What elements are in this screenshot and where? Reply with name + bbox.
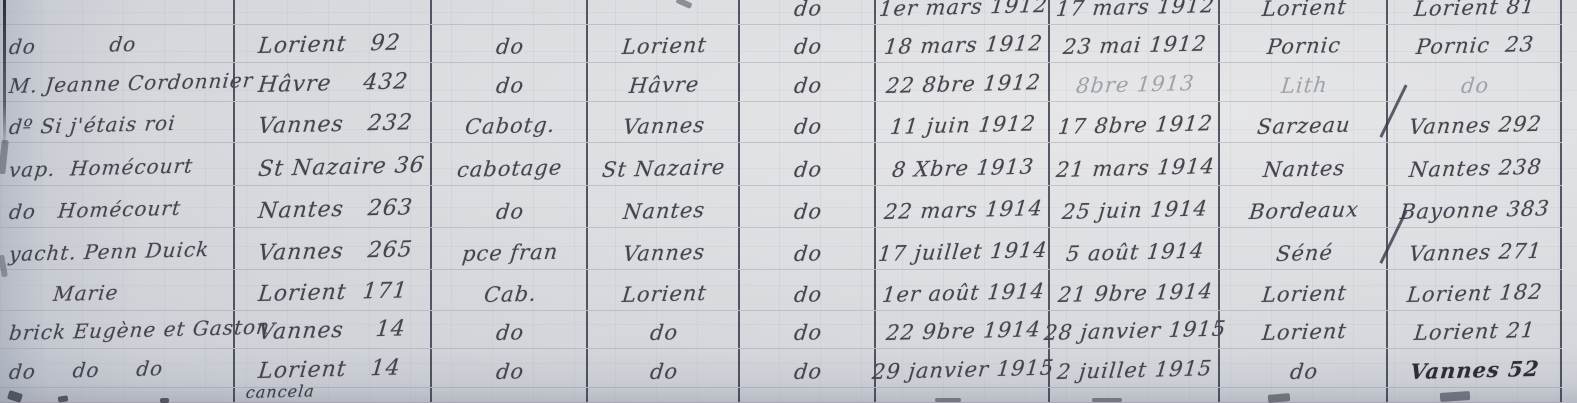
cell-handwritten-text: 5 août 1914: [1065, 239, 1206, 266]
cell-handwritten-text: M. Jeanne Cordonnier: [8, 68, 255, 98]
table-cell: Séné: [1220, 228, 1388, 269]
table-cell: do: [432, 25, 588, 62]
table-cell: Lorient 21: [1388, 311, 1562, 348]
cell-handwritten-text: Lorient 171: [257, 278, 409, 307]
cell-handwritten-text: do: [793, 34, 823, 59]
table-row: do doLorient 92doLorientdo18 mars 191223…: [0, 25, 1562, 63]
cell-handwritten-text: do: [793, 241, 823, 266]
table-cell: do do: [0, 25, 235, 62]
cell-handwritten-text: 8bre 1913: [1075, 71, 1196, 98]
cell-handwritten-text: Lorient: [621, 33, 708, 59]
table-cell: do: [740, 270, 876, 310]
table-cell: vap. Homécourt: [0, 143, 235, 185]
table-row: brick Eugène et GastonVannes 14dododo22 …: [0, 311, 1562, 349]
table-cell: do: [740, 349, 876, 387]
cell-handwritten-text: Sarzeau: [1256, 113, 1352, 139]
cell-handwritten-text: Pornic: [1266, 33, 1342, 59]
cell-handwritten-text: 17 8bre 1912: [1057, 111, 1214, 139]
table-cell: do: [588, 349, 740, 387]
table-cell: 18 mars 1912: [876, 25, 1050, 62]
table-cell: do: [432, 186, 588, 227]
table-cell: [1050, 388, 1220, 402]
cell-handwritten-text: Bayonne 383: [1399, 196, 1551, 224]
cell-handwritten-text: Nantes 238: [1408, 155, 1543, 182]
cell-handwritten-text: Lith: [1280, 73, 1329, 98]
scanned-register-page: do1er mars 191217 mars 1912LorientLorien…: [0, 0, 1577, 403]
cell-handwritten-text: do: [649, 359, 679, 384]
table-cell: 17 8bre 1912: [1050, 102, 1220, 142]
cell-handwritten-text: Vannes 232: [257, 110, 414, 139]
cell-handwritten-text: Bordeaux: [1248, 197, 1360, 224]
cell-handwritten-text: Lorient 21: [1413, 318, 1536, 345]
ink-smudge: [160, 398, 169, 403]
table-cell: Sarzeau: [1220, 102, 1388, 142]
table-cell: Bayonne 383: [1388, 186, 1562, 227]
table-cell: Hâvre 432: [235, 63, 432, 101]
table-cell: do: [740, 102, 876, 142]
table-cell: 2 juillet 1915: [1050, 349, 1220, 387]
cell-handwritten-text: Vannes 52: [1409, 356, 1541, 384]
table-cell: [588, 388, 740, 402]
table-cell: Nantes: [588, 186, 740, 227]
ink-smudge: [1092, 398, 1122, 402]
table-cell: Lorient: [1220, 311, 1388, 348]
cell-handwritten-text: Vannes 271: [1408, 239, 1543, 266]
table-row: [0, 388, 1562, 403]
table-cell: Lorient 92: [235, 25, 432, 62]
cell-handwritten-text: yacht. Penn Duick: [8, 237, 211, 266]
table-cell: Pornic 23: [1388, 25, 1562, 62]
cell-handwritten-text: Vannes 14: [257, 316, 407, 345]
cell-handwritten-text: 17 mars 1912: [1055, 0, 1216, 21]
table-cell: Lorient 81: [1388, 0, 1562, 24]
table-cell: Nantes 238: [1388, 143, 1562, 185]
cell-handwritten-text: Vannes 292: [1408, 112, 1543, 139]
cell-handwritten-text: Hâvre 432: [257, 69, 410, 98]
table-row: do HomécourtNantes 263doNantesdo22 mars …: [0, 186, 1562, 228]
table-cell: [432, 388, 588, 402]
cell-handwritten-text: do: [793, 73, 823, 98]
table-cell: cabotage: [432, 143, 588, 185]
table-cell: Lorient: [1220, 270, 1388, 310]
table-cell: 11 juin 1912: [876, 102, 1050, 142]
cell-handwritten-text: Lorient 92: [257, 30, 402, 59]
table-cell: Vannes 232: [235, 102, 432, 142]
cell-handwritten-text: do: [793, 0, 823, 21]
table-cell: do: [740, 63, 876, 101]
cell-handwritten-text: Lorient: [1261, 281, 1348, 307]
cell-handwritten-text: do: [495, 359, 525, 384]
table-cell: do: [432, 63, 588, 101]
table-cell: dº Si j'étais roi: [0, 102, 235, 142]
table-cell: 25 juin 1914: [1050, 186, 1220, 227]
table-cell: pce fran: [432, 228, 588, 269]
cell-handwritten-text: 23 mai 1912: [1062, 31, 1208, 59]
cell-handwritten-text: pce fran: [461, 240, 560, 266]
table-row: do1er mars 191217 mars 1912LorientLorien…: [0, 0, 1562, 25]
table-cell: Lorient: [588, 25, 740, 62]
cell-handwritten-text: Lorient 14: [257, 355, 402, 384]
cell-handwritten-text: do: [495, 73, 525, 98]
cell-handwritten-text: 1er août 1914: [881, 279, 1046, 307]
table-cell: Lorient 171: [235, 270, 432, 310]
cell-handwritten-text: 28 janvier 1915: [1043, 316, 1227, 345]
table-cell: do do do: [0, 349, 235, 387]
table-cell: Bordeaux: [1220, 186, 1388, 227]
table-cell: St Nazaire 36: [235, 143, 432, 185]
table-cell: 8 Xbre 1913: [876, 143, 1050, 185]
cell-handwritten-text: 18 mars 1912: [883, 31, 1044, 59]
table-cell: [588, 0, 740, 24]
cell-handwritten-text: Vannes: [622, 240, 706, 266]
table-cell: Cab.: [432, 270, 588, 310]
cell-handwritten-text: 1er mars 1912: [878, 0, 1049, 21]
cell-handwritten-text: 22 mars 1914: [883, 196, 1044, 224]
cell-annotation-text: cancela: [245, 381, 316, 402]
cell-handwritten-text: 2 juillet 1915: [1056, 356, 1214, 384]
cell-handwritten-text: do do: [8, 32, 138, 59]
table-cell: [235, 0, 432, 24]
table-cell: 21 mars 1914: [1050, 143, 1220, 185]
table-cell: [1388, 388, 1562, 402]
table-row: vap. HomécourtSt Nazaire 36cabotageSt Na…: [0, 143, 1562, 186]
cell-handwritten-text: 25 juin 1914: [1061, 196, 1209, 224]
table-cell: 22 8bre 1912: [876, 63, 1050, 101]
table-cell: Vannes 14: [235, 311, 432, 348]
table-cell: 5 août 1914: [1050, 228, 1220, 269]
table-cell: Vannes: [588, 102, 740, 142]
table-cell: Nantes 263: [235, 186, 432, 227]
cell-handwritten-text: Vannes 265: [257, 237, 414, 266]
table-row: M. Jeanne CordonnierHâvre 432doHâvredo22…: [0, 63, 1562, 102]
table-cell: Lorient: [1220, 0, 1388, 24]
cell-handwritten-text: Cab.: [483, 282, 538, 307]
table-cell: do: [1220, 349, 1388, 387]
cell-handwritten-text: Cabotg.: [464, 113, 557, 139]
table-cell: 17 juillet 1914: [876, 228, 1050, 269]
table-cell: Lith: [1220, 63, 1388, 101]
cell-handwritten-text: Nantes: [1262, 156, 1346, 182]
table-cell: do: [432, 311, 588, 348]
cell-handwritten-text: do: [793, 282, 823, 307]
cell-handwritten-text: Lorient 182: [1406, 280, 1544, 307]
table-cell: 22 mars 1914: [876, 186, 1050, 227]
cell-handwritten-text: do: [793, 199, 823, 224]
table-cell: Hâvre: [588, 63, 740, 101]
table-cell: do: [740, 228, 876, 269]
table-cell: brick Eugène et Gaston: [0, 311, 235, 348]
table-cell: 22 9bre 1914: [876, 311, 1050, 348]
cell-handwritten-text: Nantes 263: [257, 195, 414, 224]
table-cell: do: [588, 311, 740, 348]
cell-handwritten-text: do: [1460, 73, 1490, 98]
cell-handwritten-text: cabotage: [456, 155, 564, 182]
table-cell: Pornic: [1220, 25, 1388, 62]
table-cell: Marie: [0, 270, 235, 310]
table-cell: Lorient 14cancela: [235, 349, 432, 387]
cell-handwritten-text: 8 Xbre 1913: [891, 154, 1035, 182]
table-cell: 21 9bre 1914: [1050, 270, 1220, 310]
register-table: do1er mars 191217 mars 1912LorientLorien…: [0, 0, 1562, 403]
cell-handwritten-text: do Homécourt: [8, 196, 182, 224]
cell-handwritten-text: 22 9bre 1914: [885, 317, 1042, 345]
table-cell: [1220, 388, 1388, 402]
table-cell: do: [740, 0, 876, 24]
cell-handwritten-text: 29 janvier 1915: [871, 355, 1055, 384]
cell-handwritten-text: do: [649, 320, 679, 345]
table-cell: do: [740, 186, 876, 227]
table-cell: Vannes 52: [1388, 349, 1562, 387]
cell-handwritten-text: 21 mars 1914: [1055, 154, 1216, 182]
cell-handwritten-text: 17 juillet 1914: [877, 238, 1049, 266]
cell-handwritten-text: brick Eugène et Gaston: [8, 315, 271, 345]
table-cell: do: [1388, 63, 1562, 101]
table-cell: Cabotg.: [432, 102, 588, 142]
table-row: do do doLorient 14canceladododo29 janvie…: [0, 349, 1562, 388]
table-cell: 17 mars 1912: [1050, 0, 1220, 24]
table-cell: Lorient 182: [1388, 270, 1562, 310]
table-cell: yacht. Penn Duick: [0, 228, 235, 269]
ink-smudge: [935, 398, 961, 402]
cell-handwritten-text: do: [793, 320, 823, 345]
cell-handwritten-text: 11 juin 1912: [889, 111, 1037, 139]
table-cell: 28 janvier 1915: [1050, 311, 1220, 348]
table-cell: [740, 388, 876, 402]
cell-handwritten-text: 22 8bre 1912: [885, 70, 1042, 98]
cell-handwritten-text: Séné: [1275, 241, 1334, 266]
cell-handwritten-text: Hâvre: [628, 72, 701, 98]
table-cell: do: [740, 311, 876, 348]
cell-handwritten-text: dº Si j'étais roi: [8, 111, 177, 139]
table-cell: do: [740, 143, 876, 185]
table-cell: 8bre 1913: [1050, 63, 1220, 101]
cell-handwritten-text: 21 9bre 1914: [1057, 279, 1214, 307]
table-row: yacht. Penn DuickVannes 265pce franVanne…: [0, 228, 1562, 270]
table-cell: Vannes 265: [235, 228, 432, 269]
cell-handwritten-text: Pornic 23: [1415, 32, 1535, 59]
table-cell: Vannes 271: [1388, 228, 1562, 269]
cell-handwritten-text: do: [793, 157, 823, 182]
table-cell: Nantes: [1220, 143, 1388, 185]
table-cell: do: [740, 25, 876, 62]
table-cell: do Homécourt: [0, 186, 235, 227]
cell-handwritten-text: Lorient: [621, 281, 708, 307]
table-cell: 29 janvier 1915: [876, 349, 1050, 387]
table-cell: 1er août 1914: [876, 270, 1050, 310]
table-cell: Vannes 292: [1388, 102, 1562, 142]
cell-handwritten-text: Vannes: [622, 113, 706, 139]
table-cell: do: [432, 349, 588, 387]
cell-handwritten-text: do: [793, 359, 823, 384]
cell-handwritten-text: Lorient: [1261, 319, 1348, 345]
cell-handwritten-text: do: [495, 320, 525, 345]
table-cell: [0, 0, 235, 24]
table-row: dº Si j'étais roiVannes 232Cabotg.Vannes…: [0, 102, 1562, 143]
cell-handwritten-text: St Nazaire: [601, 155, 726, 182]
table-cell: [0, 388, 235, 402]
table-row: MarieLorient 171Cab.Lorientdo1er août 19…: [0, 270, 1562, 311]
cell-handwritten-text: Lorient: [1261, 0, 1348, 21]
cell-handwritten-text: do: [495, 199, 525, 224]
cell-handwritten-text: do: [1289, 359, 1319, 384]
page-edge-line: [3, 0, 6, 150]
table-cell: Lorient: [588, 270, 740, 310]
table-cell: St Nazaire: [588, 143, 740, 185]
table-cell: [876, 388, 1050, 402]
cell-handwritten-text: do: [495, 34, 525, 59]
table-cell: [432, 0, 588, 24]
cell-handwritten-text: vap. Homécourt: [8, 153, 194, 182]
cell-handwritten-text: Lorient 81: [1413, 0, 1536, 21]
cell-handwritten-text: St Nazaire 36: [257, 153, 426, 182]
table-cell: M. Jeanne Cordonnier: [0, 63, 235, 101]
table-cell: 1er mars 1912: [876, 0, 1050, 24]
cell-handwritten-text: do: [793, 114, 823, 139]
cell-handwritten-text: do do do: [8, 356, 164, 384]
cell-handwritten-text: Nantes: [622, 198, 706, 224]
table-cell: 23 mai 1912: [1050, 25, 1220, 62]
cell-handwritten-text: Marie: [8, 280, 120, 307]
table-cell: Vannes: [588, 228, 740, 269]
